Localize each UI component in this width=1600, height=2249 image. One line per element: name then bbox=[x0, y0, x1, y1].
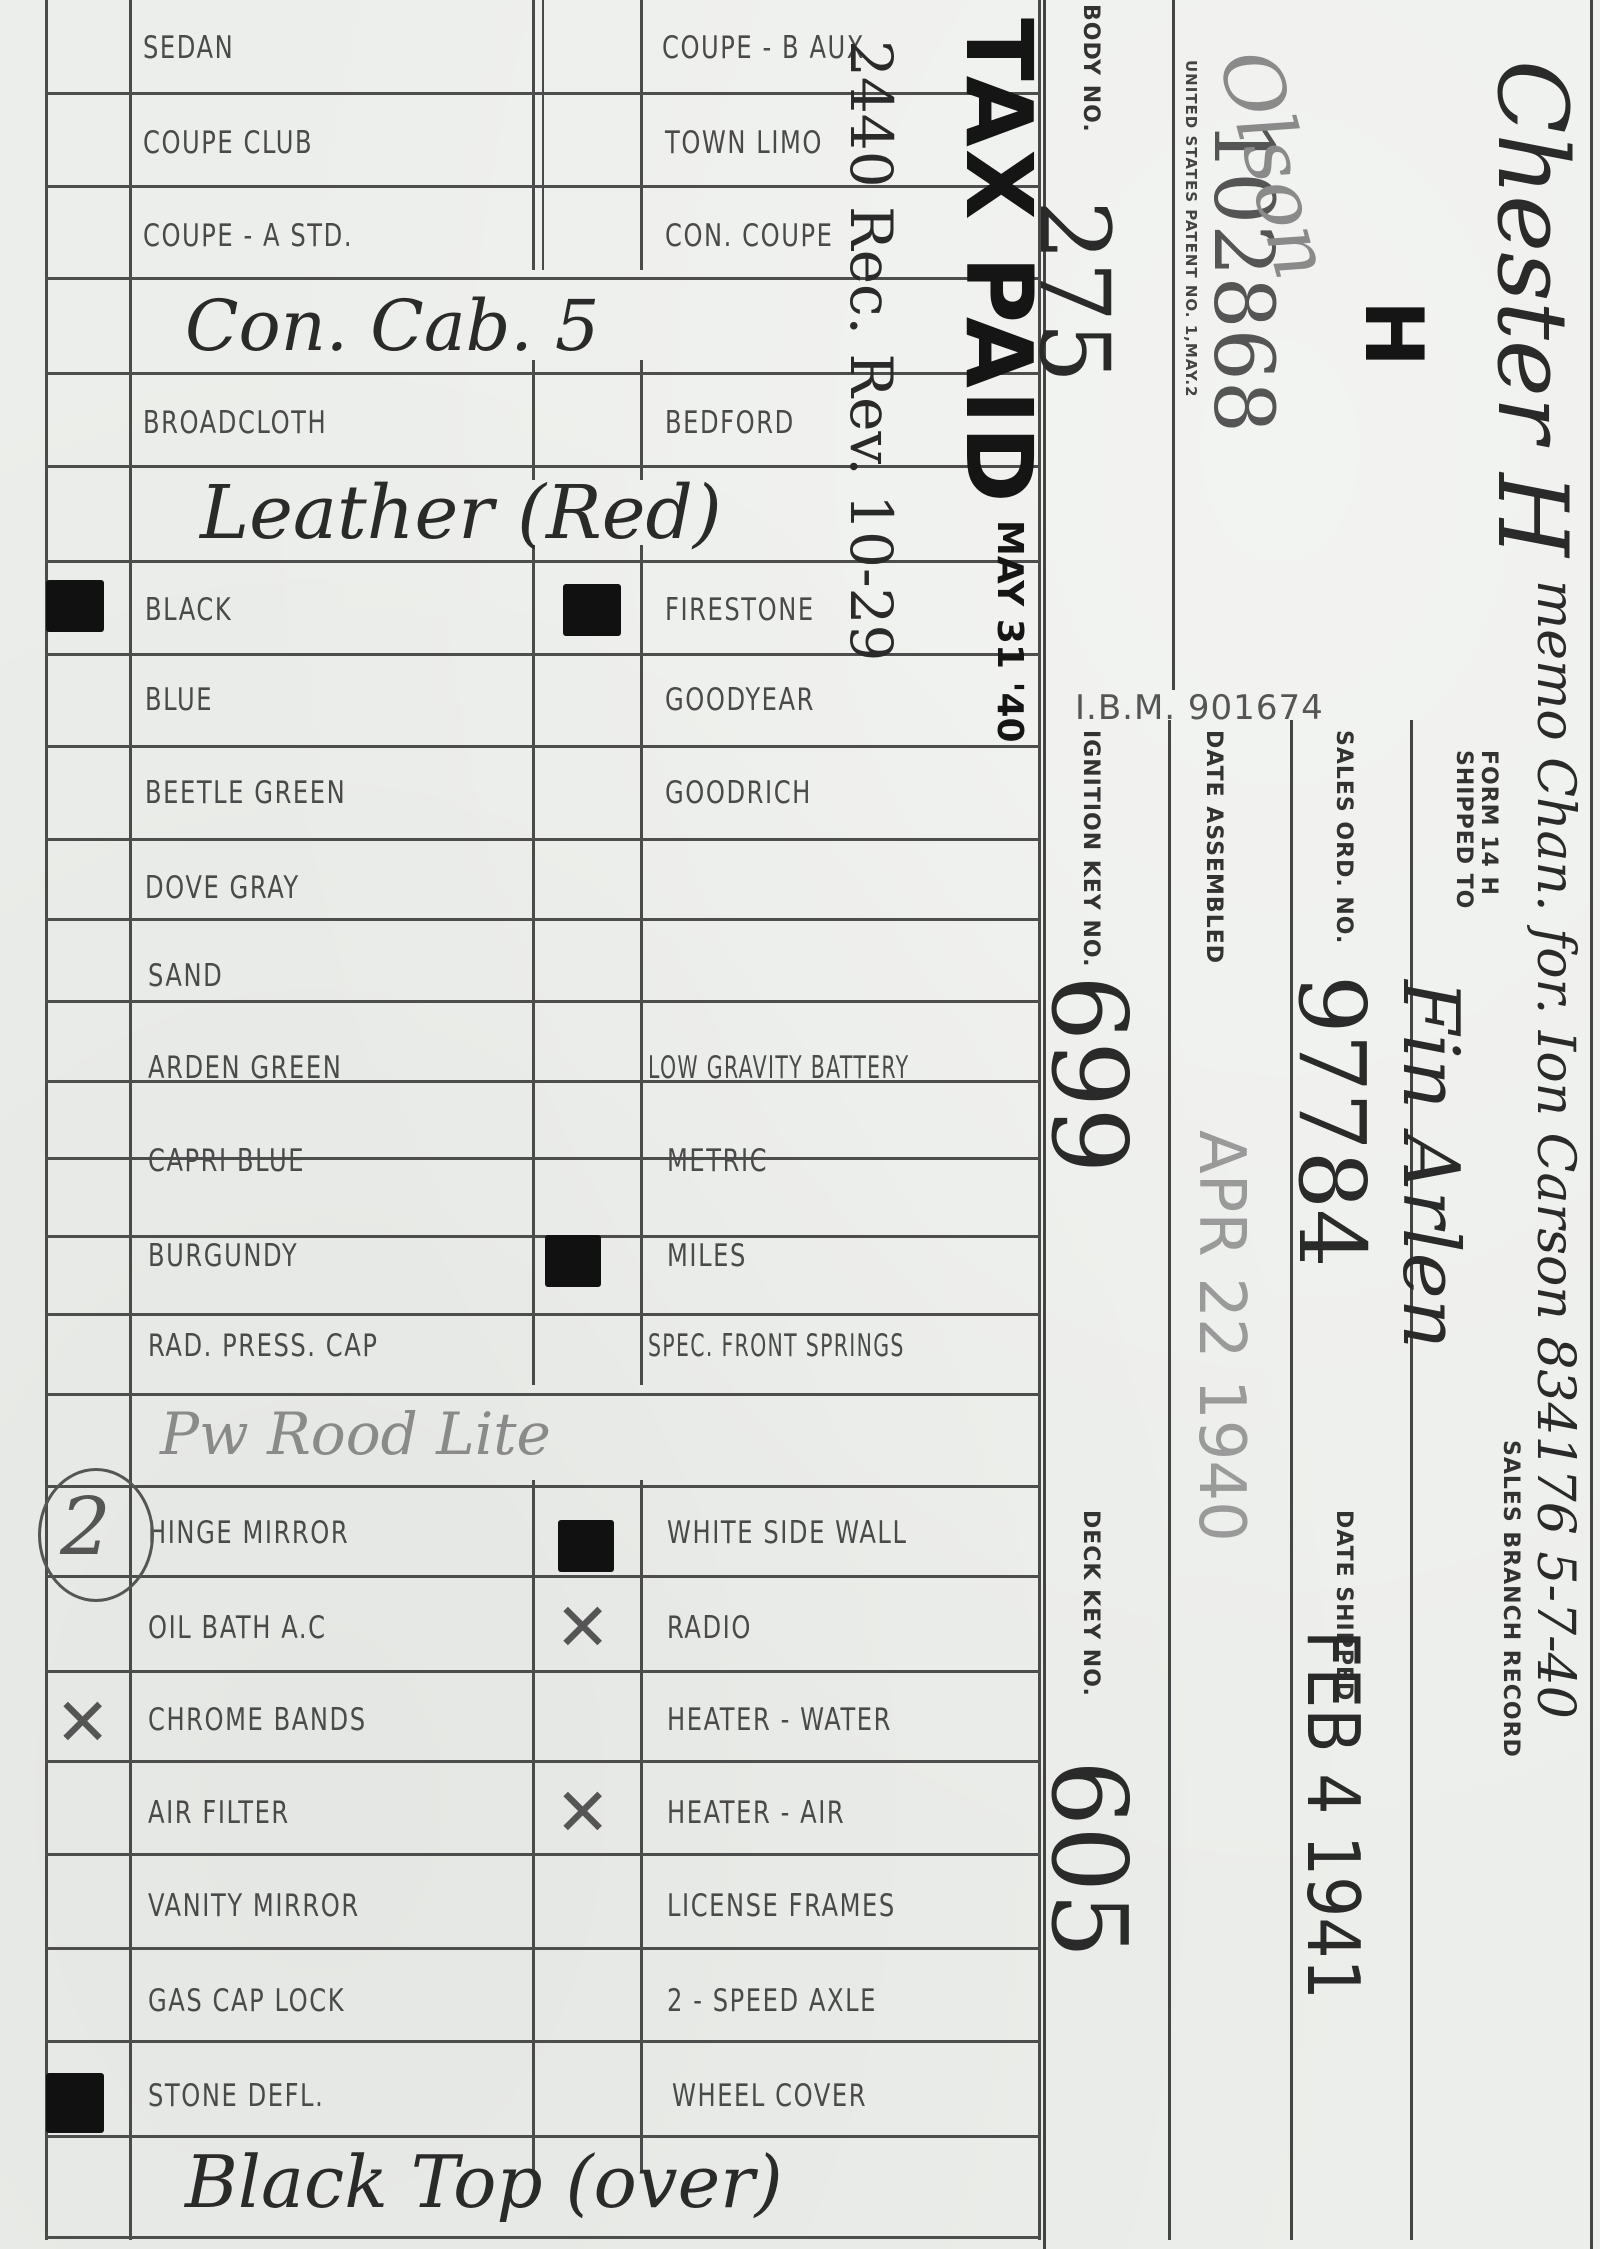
ignition-key-value: 699 bbox=[1028, 975, 1150, 1174]
option-license-frames: LICENSE FRAMES bbox=[667, 1888, 896, 1924]
body-no-label: BODY NO. bbox=[1078, 4, 1102, 133]
date-assembled-label: DATE ASSEMBLED bbox=[1201, 730, 1225, 964]
handwritten-upholstery: Leather (Red) bbox=[200, 470, 722, 556]
form-label: FORM 14 H bbox=[1476, 750, 1500, 896]
checkmark-filled-firestone bbox=[563, 584, 621, 636]
option-beetle-green: BEETLE GREEN bbox=[145, 775, 346, 811]
panel-divider bbox=[1410, 720, 1413, 2240]
shipped-to-label: SHIPPED TO bbox=[1451, 750, 1475, 909]
panel-divider bbox=[1172, 0, 1175, 690]
grid-row-line bbox=[45, 918, 1041, 921]
sales-branch-record-label: SALES BRANCH RECORD bbox=[1498, 1440, 1522, 1758]
option-2-speed-axle: 2 - SPEED AXLE bbox=[667, 1983, 877, 2019]
grid-vline bbox=[542, 0, 544, 270]
shipped-to-value: Fin Arlen bbox=[1385, 980, 1475, 1349]
option-coupe-a-std: COUPE - A STD. bbox=[143, 218, 353, 254]
option-black: BLACK bbox=[145, 592, 232, 628]
grid-row-line bbox=[45, 1313, 1041, 1316]
grid-vline bbox=[532, 1480, 535, 2170]
handwritten-name: Chester H bbox=[1476, 60, 1588, 557]
x-mark-chrome-bands-icon: ✕ bbox=[55, 1690, 110, 1756]
tax-paid-date-stamp: MAY 31 '40 bbox=[989, 520, 1030, 743]
grid-vline bbox=[129, 0, 132, 2240]
serial-letter: H bbox=[1347, 300, 1440, 367]
sales-ord-value: 97784 bbox=[1278, 975, 1385, 1268]
grid-vline bbox=[640, 545, 643, 1385]
grid-vline bbox=[640, 360, 643, 480]
checkmark-filled-stone-defl bbox=[46, 2073, 104, 2133]
grid-row-line bbox=[45, 1947, 1041, 1950]
option-arden-green: ARDEN GREEN bbox=[148, 1050, 342, 1086]
panel-divider bbox=[1168, 720, 1171, 2240]
option-capri-blue: CAPRI BLUE bbox=[148, 1143, 305, 1179]
grid-vline bbox=[640, 1480, 643, 2170]
grid-row-line bbox=[45, 1670, 1041, 1673]
option-miles: MILES bbox=[667, 1238, 747, 1274]
option-town-limo: TOWN LIMO bbox=[665, 125, 823, 161]
option-spec-front-springs: SPEC. FRONT SPRINGS bbox=[648, 1328, 905, 1364]
x-mark-radio-icon: ✕ bbox=[555, 1595, 610, 1661]
grid-row-line bbox=[45, 1575, 1041, 1578]
option-dove-gray: DOVE GRAY bbox=[145, 870, 300, 906]
handwritten-quantity-two: 2 bbox=[60, 1480, 111, 1573]
option-bedford: BEDFORD bbox=[665, 405, 795, 441]
option-burgundy: BURGUNDY bbox=[148, 1238, 298, 1274]
option-gas-cap-lock: GAS CAP LOCK bbox=[148, 1983, 345, 2019]
option-goodyear: GOODYEAR bbox=[665, 682, 815, 718]
x-mark-heater-air-icon: ✕ bbox=[555, 1780, 610, 1846]
option-con-coupe: CON. COUPE bbox=[665, 218, 833, 254]
option-metric: METRIC bbox=[667, 1143, 768, 1179]
option-broadcloth: BROADCLOTH bbox=[143, 405, 327, 441]
grid-row-line bbox=[45, 1853, 1041, 1856]
option-coupe-b-aux: COUPE - B AUX bbox=[662, 30, 865, 66]
grid-row-line bbox=[45, 1760, 1041, 1763]
option-goodrich: GOODRICH bbox=[665, 775, 812, 811]
option-stone-defl: STONE DEFL. bbox=[148, 2078, 324, 2114]
handwritten-faint-note: Pw Rood Lite bbox=[160, 1400, 551, 1468]
date-assembled-value: APR 22 1940 bbox=[1184, 1130, 1258, 1542]
ignition-key-label: IGNITION KEY NO. bbox=[1078, 730, 1102, 967]
option-hinge-mirror: HINGE MIRROR bbox=[148, 1515, 349, 1551]
option-radio: RADIO bbox=[667, 1610, 752, 1646]
grid-row-line bbox=[45, 1393, 1041, 1396]
date-shipped-value: FEB 4 1941 bbox=[1291, 1630, 1375, 2000]
grid-vline bbox=[532, 360, 535, 480]
grid-vline bbox=[532, 0, 535, 270]
option-low-gravity-battery: LOW GRAVITY BATTERY bbox=[648, 1050, 909, 1086]
grid-vline bbox=[640, 0, 643, 270]
deck-key-label: DECK KEY NO. bbox=[1078, 1510, 1102, 1697]
option-air-filter: AIR FILTER bbox=[148, 1795, 290, 1831]
ibm-number: I.B.M. 901674 bbox=[1075, 688, 1324, 728]
deck-key-value: 605 bbox=[1028, 1760, 1150, 1959]
option-wheel-cover: WHEEL COVER bbox=[672, 2078, 867, 2114]
checkmark-filled-black bbox=[46, 580, 104, 632]
option-coupe-club: COUPE CLUB bbox=[143, 125, 313, 161]
body-no-value: 275 bbox=[1018, 200, 1130, 383]
option-firestone: FIRESTONE bbox=[665, 592, 815, 628]
grid-vline bbox=[45, 0, 48, 2240]
checkmark-filled-white-side-wall bbox=[558, 1520, 614, 1572]
panel-divider bbox=[1590, 0, 1593, 2249]
option-rad-press-cap: RAD. PRESS. CAP bbox=[148, 1328, 378, 1364]
grid-row-line bbox=[45, 2236, 1041, 2239]
option-white-side-wall: WHITE SIDE WALL bbox=[667, 1515, 907, 1551]
grid-row-line bbox=[45, 2040, 1041, 2043]
record-card: SEDAN COUPE CLUB COUPE - A STD. BROADCLO… bbox=[0, 0, 1600, 2249]
handwritten-top-note: Black Top (over) bbox=[185, 2140, 783, 2224]
grid-row-line bbox=[45, 745, 1041, 748]
option-vanity-mirror: VANITY MIRROR bbox=[148, 1888, 360, 1924]
grid-row-line bbox=[45, 1485, 1041, 1488]
option-sand: SAND bbox=[148, 958, 223, 994]
panel-divider bbox=[1290, 720, 1293, 2240]
grid-row-line bbox=[45, 838, 1041, 841]
option-heater-water: HEATER - WATER bbox=[667, 1702, 892, 1738]
grid-vline bbox=[532, 545, 535, 1385]
grid-row-line bbox=[45, 1000, 1041, 1003]
option-blue: BLUE bbox=[145, 682, 213, 718]
handwritten-memo: memo Chan. for. Ion Carson 834176 5-7-40 bbox=[1525, 580, 1585, 1719]
handwritten-body-style: Con. Cab. 5 bbox=[185, 285, 599, 367]
sales-ord-label: SALES ORD. NO. bbox=[1331, 730, 1355, 944]
grid-row-line bbox=[45, 2135, 1041, 2138]
handwritten-tax-note: 2440 Rec. Rev. 10-29 bbox=[837, 40, 905, 661]
option-heater-air: HEATER - AIR bbox=[667, 1795, 845, 1831]
option-sedan: SEDAN bbox=[143, 30, 234, 66]
checkmark-filled-miles bbox=[545, 1235, 601, 1287]
option-oil-bath-ac: OIL BATH A.C bbox=[148, 1610, 327, 1646]
option-chrome-bands: CHROME BANDS bbox=[148, 1702, 367, 1738]
